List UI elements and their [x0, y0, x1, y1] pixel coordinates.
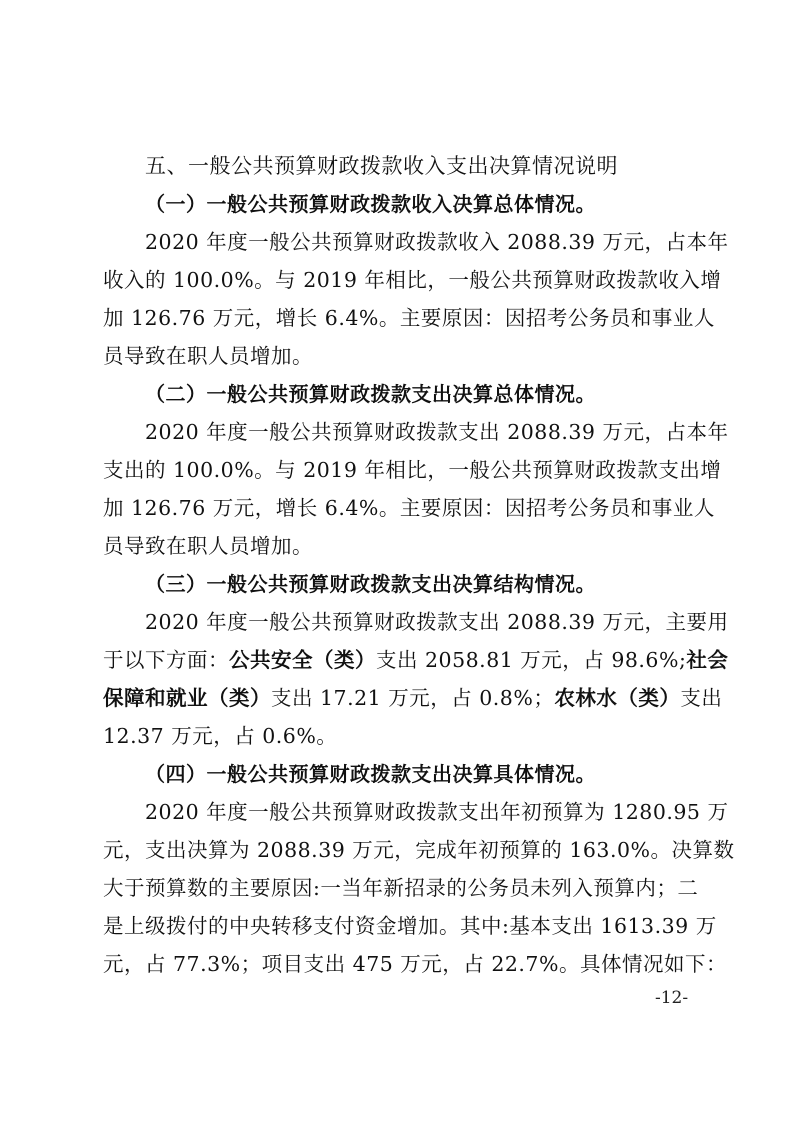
paragraph-line: 员导致在职人员增加。: [103, 527, 689, 565]
text-run: 支出 17.21 万元，占 0.8%；: [271, 686, 554, 710]
subsection-heading-2: （二）一般公共预算财政拨款支出决算总体情况。: [103, 375, 689, 413]
paragraph-line: 支出的 100.0%。与 2019 年相比，一般公共预算财政拨款支出增: [103, 451, 689, 489]
paragraph-line: 元，占 77.3%；项目支出 475 万元，占 22.7%。具体情况如下：: [103, 945, 689, 983]
category-public-security: 公共安全（类）: [229, 648, 376, 672]
paragraph-line: 2020 年度一般公共预算财政拨款支出 2088.39 万元，主要用: [103, 603, 689, 641]
subsection-heading-1: （一）一般公共预算财政拨款收入决算总体情况。: [103, 185, 689, 223]
paragraph-line: 员导致在职人员增加。: [103, 337, 689, 375]
paragraph-line: 12.37 万元，占 0.6%。: [103, 717, 689, 755]
text-run: 支出 2058.81 万元，占 98.6%;: [376, 648, 686, 672]
subsection-heading-3: （三）一般公共预算财政拨款支出决算结构情况。: [103, 565, 689, 603]
document-body: 五、一般公共预算财政拨款收入支出决算情况说明 （一）一般公共预算财政拨款收入决算…: [103, 147, 689, 983]
text-run: 于以下方面：: [103, 648, 229, 672]
paragraph-line: 2020 年度一般公共预算财政拨款收入 2088.39 万元，占本年: [103, 223, 689, 261]
document-page: 五、一般公共预算财政拨款收入支出决算情况说明 （一）一般公共预算财政拨款收入决算…: [0, 0, 793, 1122]
paragraph-line: 保障和就业（类）支出 17.21 万元，占 0.8%；农林水（类）支出: [103, 679, 689, 717]
paragraph-line: 大于预算数的主要原因:一当年新招录的公务员未列入预算内；二: [103, 869, 689, 907]
text-run: 支出: [680, 686, 722, 710]
section-title: 五、一般公共预算财政拨款收入支出决算情况说明: [103, 147, 689, 185]
subsection-heading-4: （四）一般公共预算财政拨款支出决算具体情况。: [103, 755, 689, 793]
category-social-security: 保障和就业（类）: [103, 686, 271, 710]
paragraph-line: 是上级拨付的中央转移支付资金增加。其中:基本支出 1613.39 万: [103, 907, 689, 945]
paragraph-line: 收入的 100.0%。与 2019 年相比，一般公共预算财政拨款收入增: [103, 261, 689, 299]
paragraph-line: 于以下方面：公共安全（类）支出 2058.81 万元，占 98.6%;社会: [103, 641, 689, 679]
page-number: -12-: [655, 988, 688, 1008]
paragraph-line: 加 126.76 万元，增长 6.4%。主要原因：因招考公务员和事业人: [103, 489, 689, 527]
paragraph-line: 元，支出决算为 2088.39 万元，完成年初预算的 163.0%。决算数: [103, 831, 689, 869]
paragraph-line: 2020 年度一般公共预算财政拨款支出 2088.39 万元，占本年: [103, 413, 689, 451]
category-agriculture: 农林水（类）: [554, 686, 680, 710]
paragraph-line: 加 126.76 万元，增长 6.4%。主要原因：因招考公务员和事业人: [103, 299, 689, 337]
category-social-security-start: 社会: [686, 648, 728, 672]
paragraph-line: 2020 年度一般公共预算财政拨款支出年初预算为 1280.95 万: [103, 793, 689, 831]
